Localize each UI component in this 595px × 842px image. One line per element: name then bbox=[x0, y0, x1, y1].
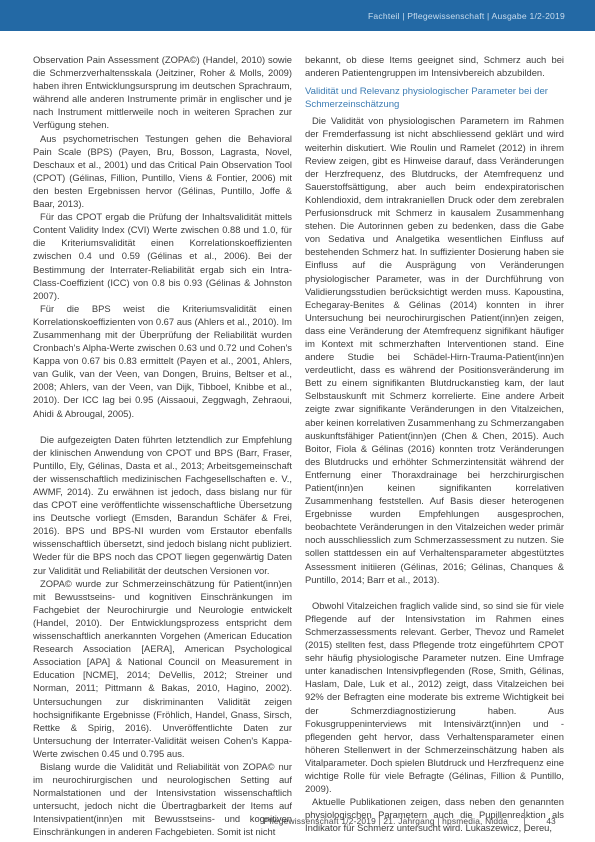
page-number: 43 bbox=[539, 816, 563, 826]
paragraph: Obwohl Vitalzeichen fraglich valide sind… bbox=[305, 599, 564, 795]
paragraph: bekannt, ob diese Items geeignet sind, S… bbox=[305, 53, 564, 79]
footer-journal-line: Pflegewissenschaft 1/2-2019 | 21. Jahrga… bbox=[264, 816, 508, 826]
article-body: Observation Pain Assessment (ZOPA©) (Han… bbox=[33, 53, 565, 839]
right-column: bekannt, ob diese Items geeignet sind, S… bbox=[305, 53, 564, 839]
journal-header-text: Fachteil | Pflegewissenschaft | Ausgabe … bbox=[368, 11, 595, 21]
paragraph: Für die BPS weist die Kriteriumsvaliditä… bbox=[33, 302, 292, 420]
paragraph: Für das CPOT ergab die Prüfung der Inhal… bbox=[33, 210, 292, 302]
paragraph: ZOPA© wurde zur Schmerzeinschätzung für … bbox=[33, 577, 292, 760]
paragraph: Observation Pain Assessment (ZOPA©) (Han… bbox=[33, 53, 292, 132]
journal-header-bar: Fachteil | Pflegewissenschaft | Ausgabe … bbox=[0, 0, 595, 31]
section-heading: Validität und Relevanz physiologischer P… bbox=[305, 86, 564, 111]
paragraph: Aus psychometrischen Testungen gehen die… bbox=[33, 132, 292, 211]
paragraph: Die Validität von physiologischen Parame… bbox=[305, 114, 564, 585]
footer-separator bbox=[524, 809, 525, 833]
paragraph: Die aufgezeigten Daten führten letztendl… bbox=[33, 433, 292, 577]
left-column: Observation Pain Assessment (ZOPA©) (Han… bbox=[33, 53, 292, 839]
page-footer: Pflegewissenschaft 1/2-2019 | 21. Jahrga… bbox=[0, 809, 563, 833]
